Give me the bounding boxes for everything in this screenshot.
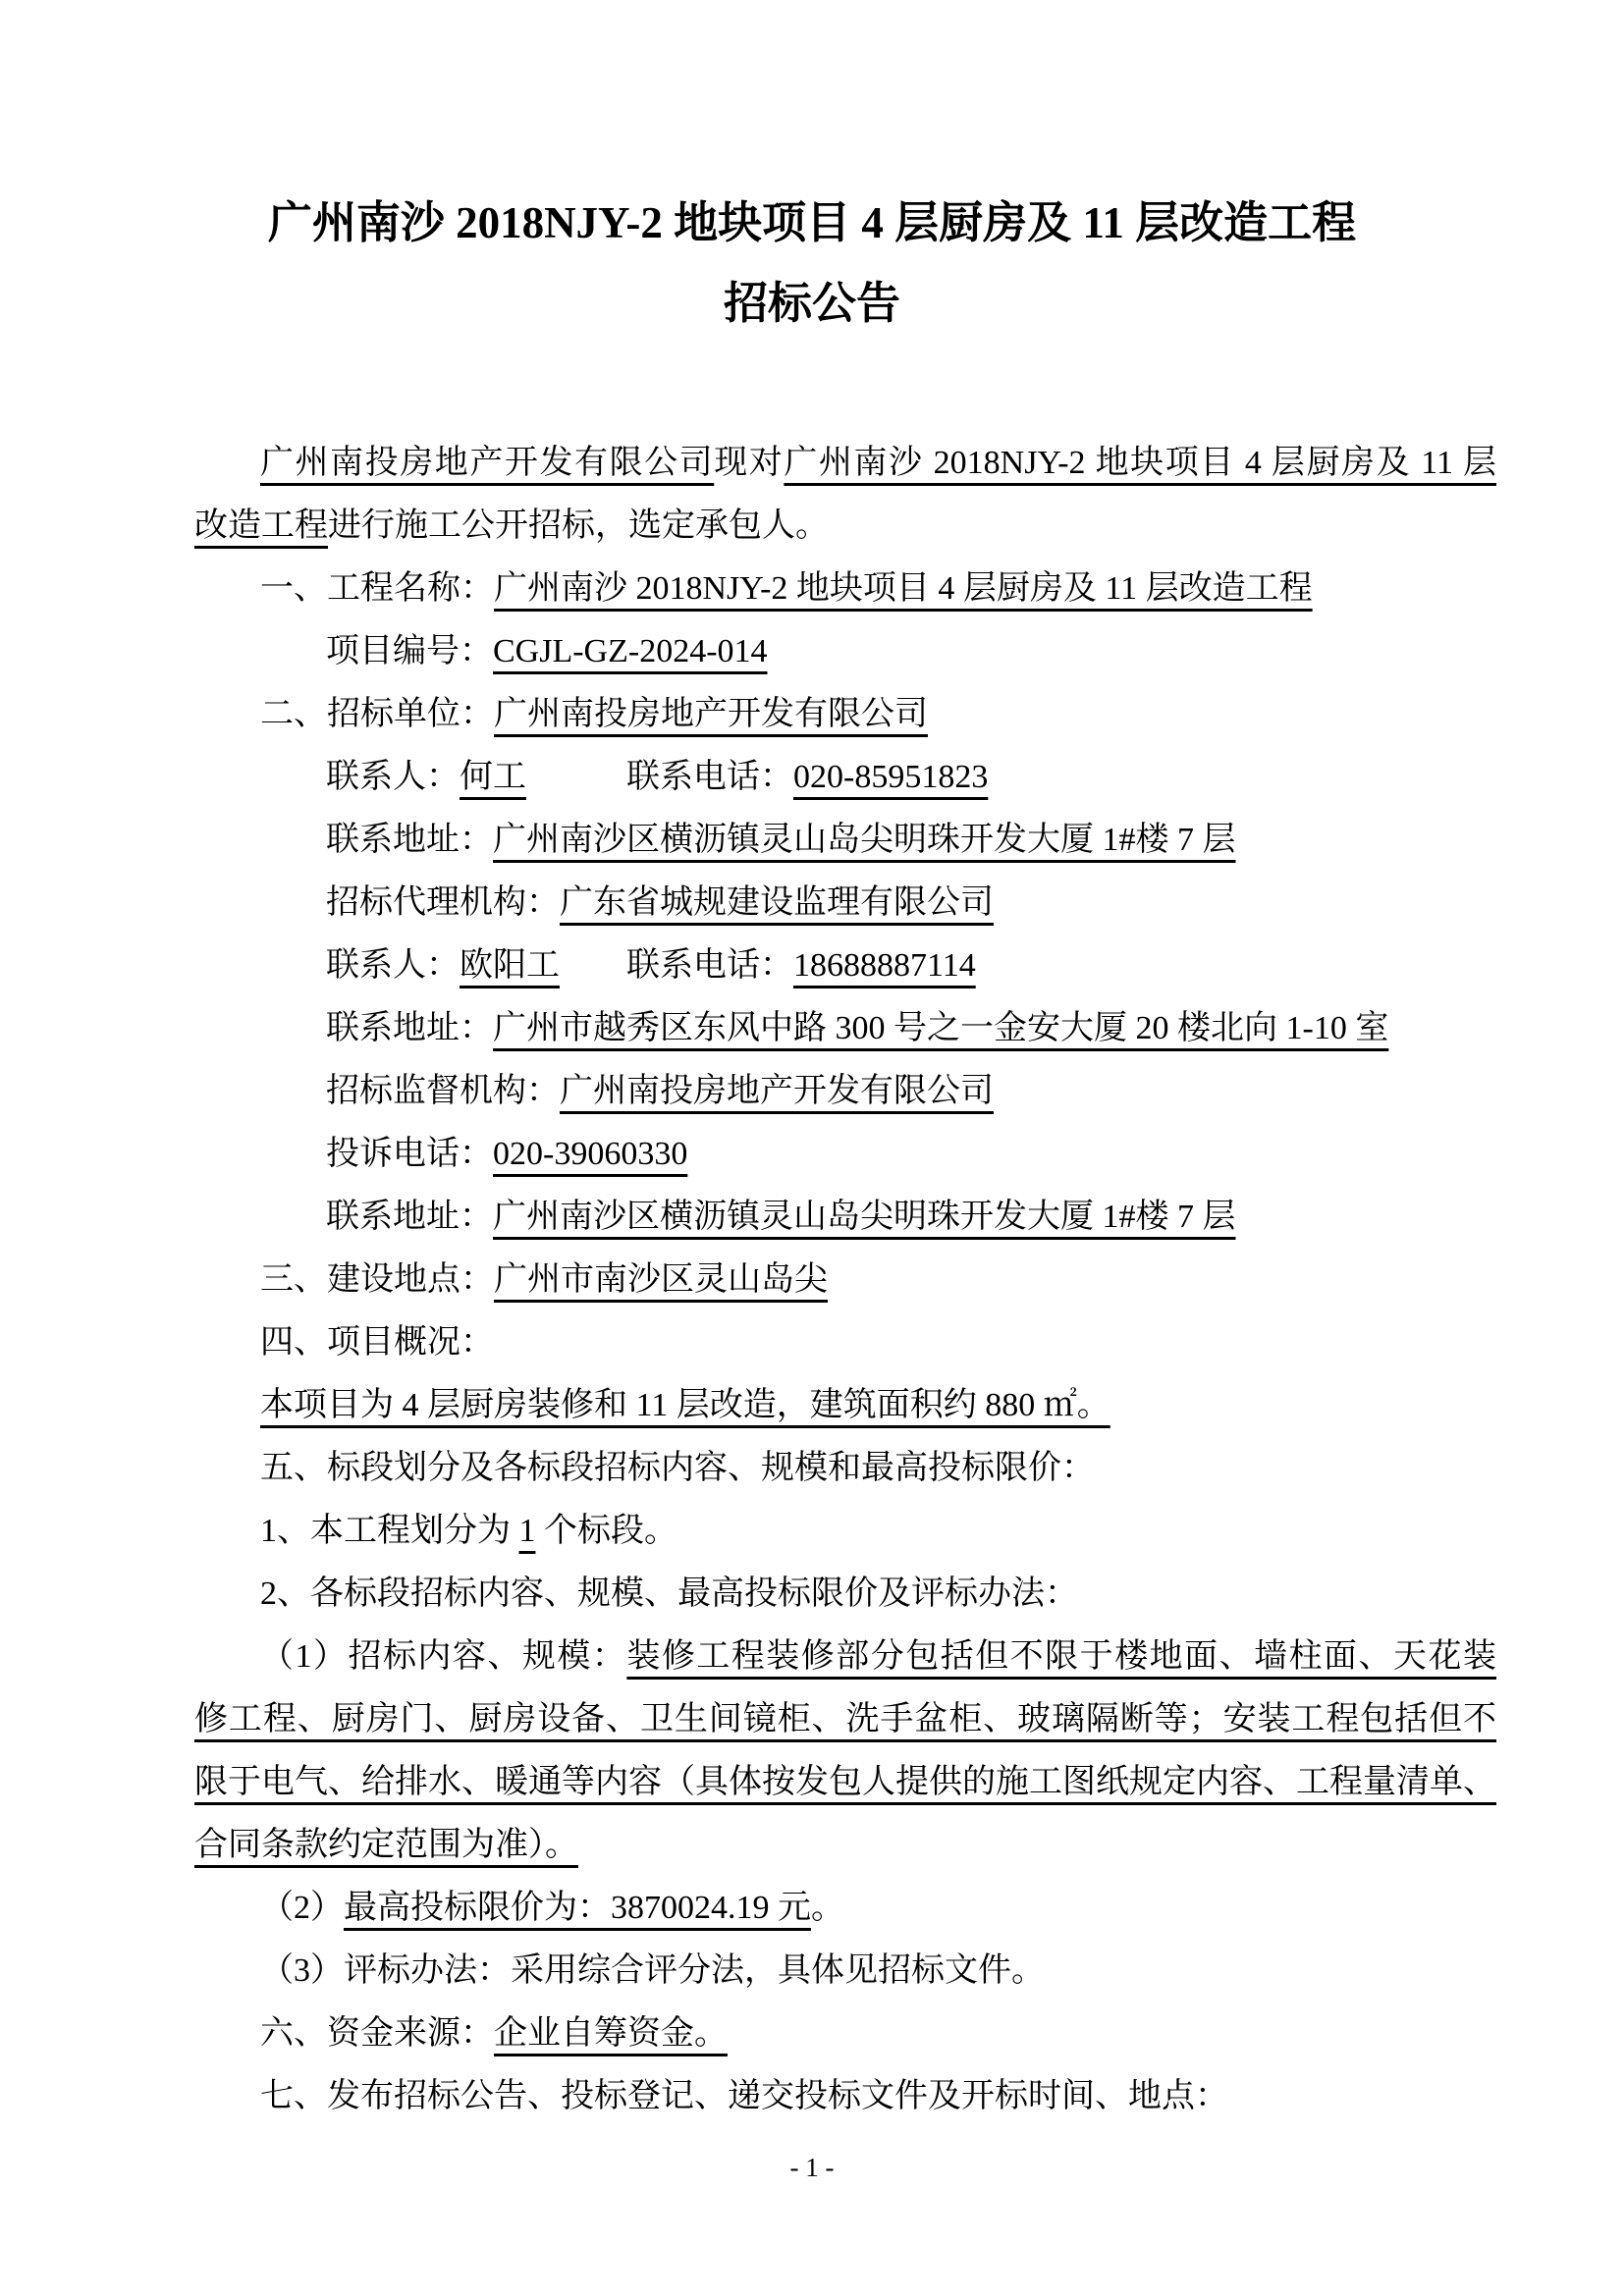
underlined-text: 1: [519, 1513, 536, 1549]
max-price-line: （2）最高投标限价为：3870024.19 元。: [194, 1877, 1496, 1940]
text-segment: 联系人：: [326, 947, 460, 984]
tender-content-line-4: 合同条款约定范围为准）。: [194, 1814, 1496, 1877]
text-segment: 项目编号：: [326, 633, 493, 669]
underlined-text: 广州南投房地产开发有限公司: [494, 696, 928, 732]
funding-source-line: 六、资金来源：企业自筹资金。: [194, 2002, 1496, 2065]
underlined-text: 企业自筹资金。: [494, 2015, 728, 2052]
text-segment: 联系电话：: [560, 947, 793, 984]
underlined-text: 何工: [460, 759, 526, 795]
document-title: 广州南沙 2018NJY-2 地块项目 4 层厨房及 11 层改造工程 招标公告: [163, 192, 1461, 334]
underlined-text: 最高投标限价为：3870024.19 元: [344, 1890, 811, 1926]
text-segment: 联系人：: [326, 759, 460, 795]
text-segment: 联系地址：: [326, 822, 493, 858]
text-segment: 二、招标单位：: [260, 696, 494, 732]
text-segment: 1、本工程划分为: [260, 1513, 519, 1549]
text-segment: 联系地址：: [326, 1010, 493, 1046]
document-page: 广州南沙 2018NJY-2 地块项目 4 层厨房及 11 层改造工程 招标公告…: [0, 0, 1624, 2296]
underlined-text: 广州南沙区横沥镇灵山岛尖明珠开发大厦 1#楼 7 层: [493, 822, 1236, 858]
project-overview-heading: 四、项目概况：: [194, 1311, 1496, 1374]
text-segment: 进行施工公开招标，选定承包人。: [328, 507, 829, 544]
tender-content-line-1: （1）招标内容、规模：装修工程装修部分包括但不限于楼地面、墙柱面、天花装: [194, 1626, 1496, 1688]
tender-unit-line: 二、招标单位：广州南投房地产开发有限公司: [194, 683, 1496, 746]
project-overview-line: 本项目为 4 层厨房装修和 11 层改造，建筑面积约 880 ㎡。: [194, 1374, 1496, 1437]
text-segment: 联系电话：: [526, 759, 793, 795]
underlined-text: 020-85951823: [793, 759, 988, 795]
schedule-heading: 七、发布招标公告、投标登记、递交投标文件及开标时间、地点：: [194, 2065, 1496, 2128]
text-segment: 招标监督机构：: [326, 1073, 560, 1109]
text-segment: 招标代理机构：: [326, 884, 560, 921]
underlined-text: 广州南沙 2018NJY-2 地块项目 4 层厨房及 11 层: [784, 445, 1496, 481]
page-number: - 1 -: [0, 2148, 1624, 2187]
contact-person-line-1: 联系人：何工 联系电话：020-85951823: [194, 746, 1496, 809]
agency-line: 招标代理机构：广东省城规建设监理有限公司: [194, 872, 1496, 934]
underlined-text: 欧阳工: [460, 947, 560, 984]
document-title-line2: 招标公告: [163, 273, 1461, 334]
contact-address-line-1: 联系地址：广州南沙区横沥镇灵山岛尖明珠开发大厦 1#楼 7 层: [194, 809, 1496, 872]
contact-address-line-2: 联系地址：广州市越秀区东风中路 300 号之一金安大厦 20 楼北向 1-10 …: [194, 997, 1496, 1060]
project-name-line: 一、工程名称：广州南沙 2018NJY-2 地块项目 4 层厨房及 11 层改造…: [194, 558, 1496, 620]
underlined-text: 广东省城规建设监理有限公司: [560, 884, 994, 921]
underlined-text: 18688887114: [793, 947, 976, 984]
underlined-text: 修工程、厨房门、厨房设备、卫生间镜柜、洗手盆柜、玻璃隔断等；安装工程包括但不: [194, 1701, 1496, 1737]
text-segment: 四、项目概况：: [260, 1324, 494, 1361]
section-count-line: 1、本工程划分为 1 个标段。: [194, 1500, 1496, 1563]
intro-line-1: 广州南投房地产开发有限公司现对广州南沙 2018NJY-2 地块项目 4 层厨房…: [194, 432, 1496, 495]
text-segment: 投诉电话：: [326, 1136, 493, 1172]
underlined-text: 广州市南沙区灵山岛尖: [494, 1261, 828, 1298]
project-number-line: 项目编号：CGJL-GZ-2024-014: [194, 620, 1496, 683]
text-segment: 2、各标段招标内容、规模、最高投标限价及评标办法：: [260, 1575, 1078, 1612]
underlined-text: 广州南沙区横沥镇灵山岛尖明珠开发大厦 1#楼 7 层: [493, 1199, 1236, 1235]
underlined-text: 合同条款约定范围为准）。: [194, 1827, 578, 1863]
underlined-text: 广州南投房地产开发有限公司: [260, 445, 714, 481]
intro-line-2: 改造工程进行施工公开招标，选定承包人。: [194, 495, 1496, 558]
complaint-phone-line: 投诉电话：020-39060330: [194, 1123, 1496, 1186]
text-segment: （2）: [260, 1890, 344, 1926]
underlined-text: CGJL-GZ-2024-014: [493, 633, 768, 669]
underlined-text: 本项目为 4 层厨房装修和 11 层改造，建筑面积约 880 ㎡。: [260, 1387, 1110, 1423]
text-segment: 个标段。: [536, 1513, 678, 1549]
underlined-text: 广州市越秀区东风中路 300 号之一金安大厦 20 楼北向 1-10 室: [493, 1010, 1388, 1046]
underlined-text: 020-39060330: [493, 1136, 687, 1172]
text-segment: 五、标段划分及各标段招标内容、规模和最高投标限价：: [260, 1450, 1095, 1486]
underlined-text: 限于电气、给排水、暖通等内容（具体按发包人提供的施工图纸规定内容、工程量清单、: [194, 1764, 1496, 1800]
document-body: 广州南投房地产开发有限公司现对广州南沙 2018NJY-2 地块项目 4 层厨房…: [194, 432, 1496, 2128]
supervision-line: 招标监督机构：广州南投房地产开发有限公司: [194, 1060, 1496, 1123]
document-title-line1: 广州南沙 2018NJY-2 地块项目 4 层厨房及 11 层改造工程: [163, 192, 1461, 253]
text-segment: 联系地址：: [326, 1199, 493, 1235]
construction-site-line: 三、建设地点：广州市南沙区灵山岛尖: [194, 1249, 1496, 1311]
evaluation-method-line: （3）评标办法：采用综合评分法，具体见招标文件。: [194, 1940, 1496, 2002]
text-segment: 。: [811, 1890, 844, 1926]
contact-person-line-2: 联系人：欧阳工 联系电话：18688887114: [194, 934, 1496, 997]
text-segment: （3）评标办法：采用综合评分法，具体见招标文件。: [260, 1952, 1045, 1989]
text-segment: （1）招标内容、规模：: [260, 1638, 626, 1675]
text-segment: 现对: [714, 445, 784, 481]
text-segment: 七、发布招标公告、投标登记、递交投标文件及开标时间、地点：: [260, 2078, 1228, 2114]
text-segment: 一、工程名称：: [260, 570, 494, 607]
contact-address-line-3: 联系地址：广州南沙区横沥镇灵山岛尖明珠开发大厦 1#楼 7 层: [194, 1186, 1496, 1249]
section-division-heading: 五、标段划分及各标段招标内容、规模和最高投标限价：: [194, 1437, 1496, 1500]
underlined-text: 广州南沙 2018NJY-2 地块项目 4 层厨房及 11 层改造工程: [494, 570, 1313, 607]
text-segment: 六、资金来源：: [260, 2015, 494, 2052]
tender-content-line-2: 修工程、厨房门、厨房设备、卫生间镜柜、洗手盆柜、玻璃隔断等；安装工程包括但不: [194, 1688, 1496, 1751]
text-segment: 三、建设地点：: [260, 1261, 494, 1298]
underlined-text: 广州南投房地产开发有限公司: [560, 1073, 994, 1109]
section-detail-heading: 2、各标段招标内容、规模、最高投标限价及评标办法：: [194, 1563, 1496, 1626]
underlined-text: 改造工程: [194, 507, 328, 544]
underlined-text: 装修工程装修部分包括但不限于楼地面、墙柱面、天花装: [626, 1638, 1496, 1675]
tender-content-line-3: 限于电气、给排水、暖通等内容（具体按发包人提供的施工图纸规定内容、工程量清单、: [194, 1751, 1496, 1814]
